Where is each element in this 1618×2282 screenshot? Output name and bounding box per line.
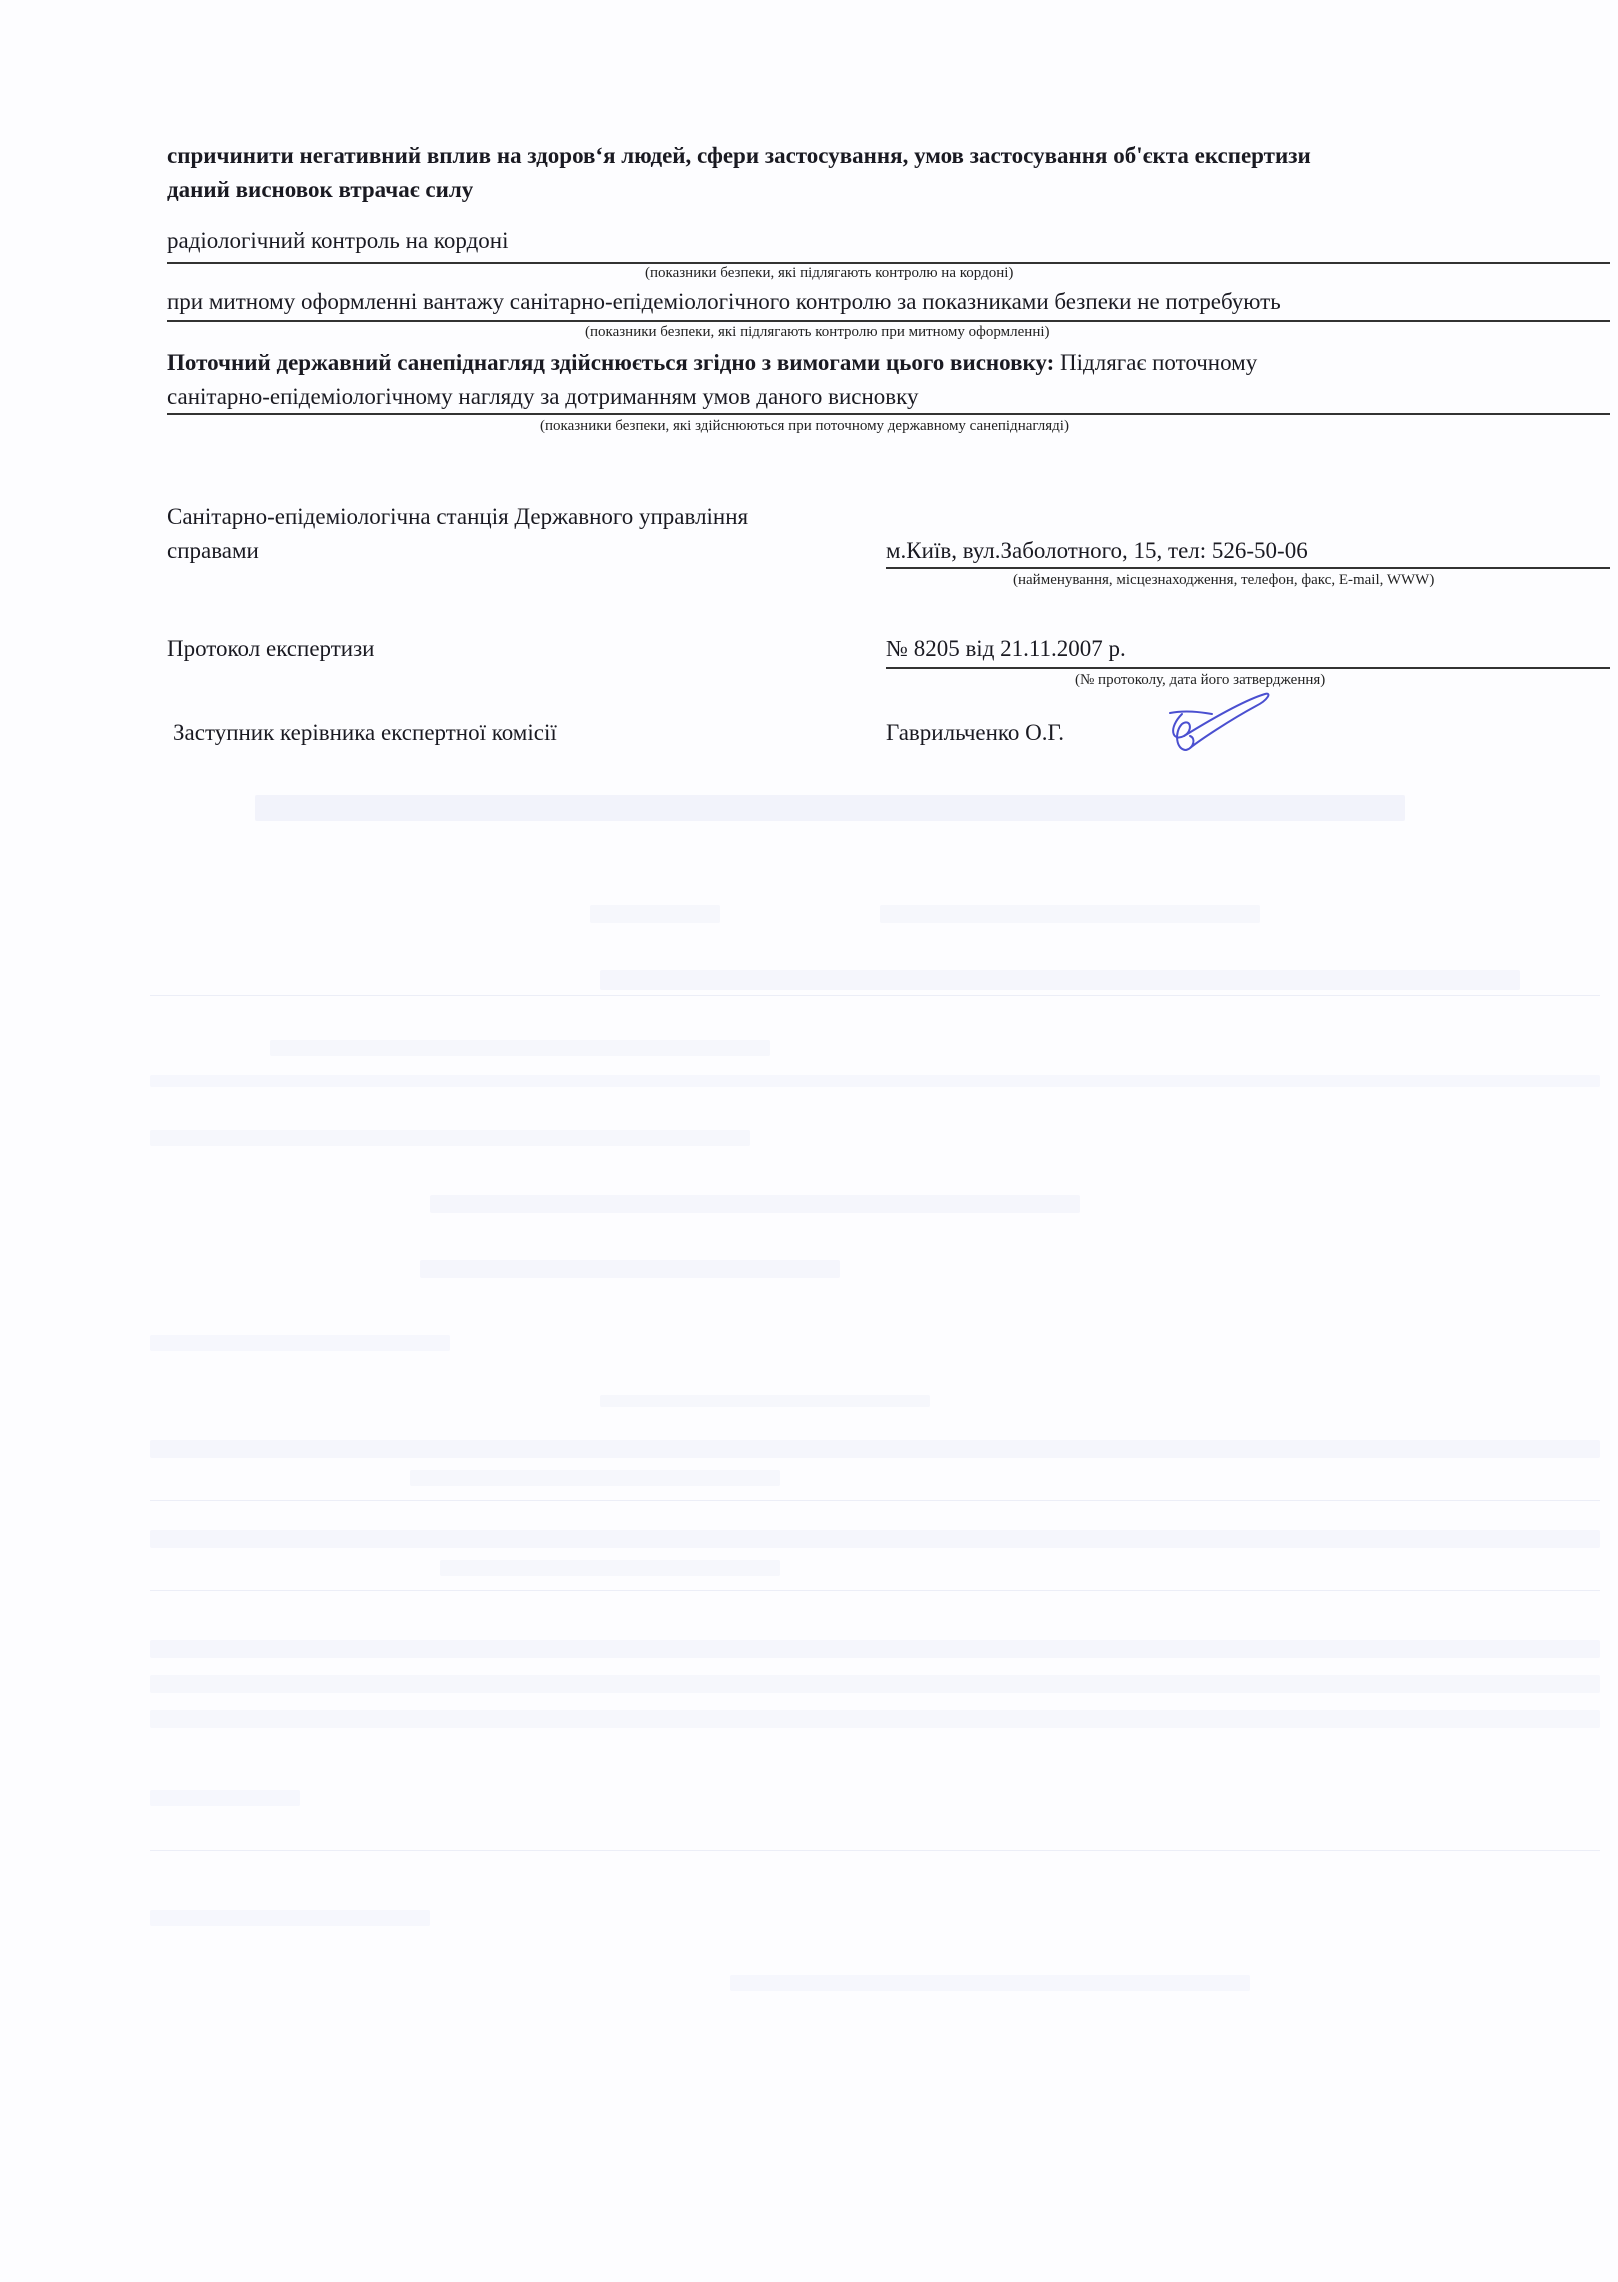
protocol-caption: (№ протоколу, дата його затвердження) xyxy=(1075,671,1325,689)
protocol-value: № 8205 від 21.11.2007 р. xyxy=(886,634,1126,664)
current-supervision-value-part1: Підлягає поточному xyxy=(1054,350,1257,375)
intro-line-1: спричинити негативний вплив на здоров‘я … xyxy=(167,141,1311,171)
current-supervision-label: Поточний державний санепіднагляд здійсню… xyxy=(167,350,1054,375)
organization-underline xyxy=(886,567,1610,569)
signatory-name: Гаврильченко О.Г. xyxy=(886,718,1064,748)
border-control-value: радіологічний контроль на кордоні xyxy=(167,226,508,256)
current-supervision-line-2: санітарно-епідеміологічному нагляду за д… xyxy=(167,382,918,412)
signature-icon xyxy=(1160,690,1280,760)
organization-caption: (найменування, місцезнаходження, телефон… xyxy=(1013,571,1434,589)
organization-address: м.Київ, вул.Заболотного, 15, тел: 526-50… xyxy=(886,536,1308,566)
organization-name-line-1: Санітарно-епідеміологічна станція Держав… xyxy=(167,502,748,532)
document-page: спричинити негативний вплив на здоров‘я … xyxy=(0,0,1618,2282)
current-supervision-caption: (показники безпеки, які здійснюються при… xyxy=(540,417,1069,435)
intro-line-2: даний висновок втрачає силу xyxy=(167,175,473,205)
protocol-label: Протокол експертизи xyxy=(167,634,374,664)
customs-control-value: при митному оформленні вантажу санітарно… xyxy=(167,287,1281,317)
border-control-caption: (показники безпеки, які підлягають контр… xyxy=(645,264,1013,282)
current-supervision-underline xyxy=(167,413,1610,415)
signatory-position: Заступник керівника експертної комісії xyxy=(173,718,557,748)
customs-control-underline xyxy=(167,320,1610,322)
customs-control-caption: (показники безпеки, які підлягають контр… xyxy=(585,323,1050,341)
current-supervision-line-1: Поточний державний санепіднагляд здійсню… xyxy=(167,348,1257,378)
organization-name-line-2: справами xyxy=(167,536,259,566)
protocol-underline xyxy=(886,667,1610,669)
